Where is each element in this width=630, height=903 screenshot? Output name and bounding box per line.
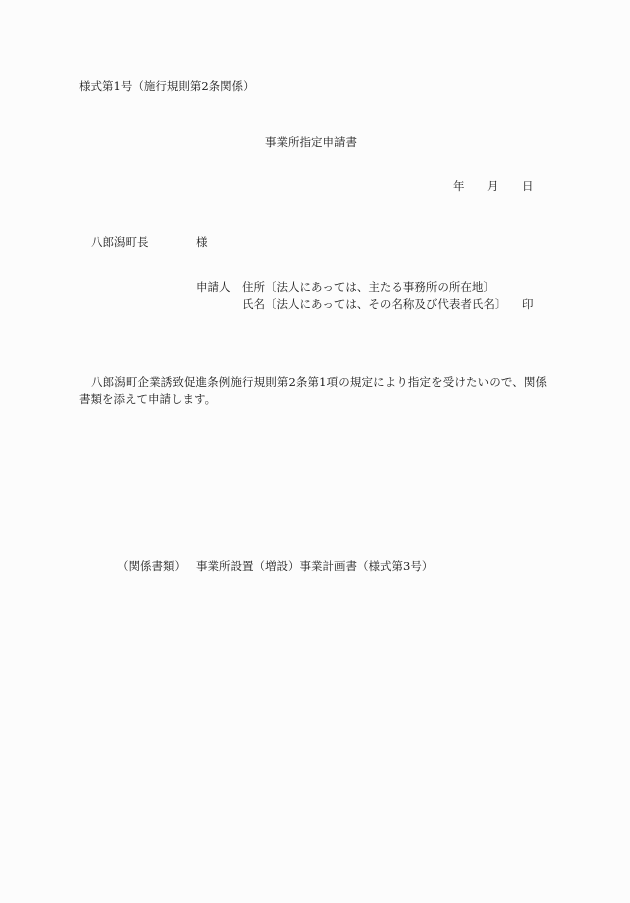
addressee-name: 八郎潟町長 [91, 237, 149, 249]
attachments-documents: 事業所設置（増設）事業計画書（様式第3号） [196, 561, 433, 573]
attachments-label: （関係書類） [117, 561, 186, 573]
document-title: 事業所指定申請書 [265, 137, 357, 149]
addressee-honorific: 様 [196, 237, 208, 249]
date-day-label: 日 [522, 181, 534, 193]
form-number: 様式第1号（施行規則第2条関係） [79, 81, 255, 93]
date-month-label: 月 [487, 181, 499, 193]
applicant-name-line: 氏名〔法人にあっては、その名称及び代表者氏名〕 [242, 299, 506, 311]
date-year-label: 年 [453, 181, 465, 193]
body-paragraph: 八郎潟町企業誘致促進条例施行規則第2条第1項の規定により指定を受けたいので、関係… [79, 374, 547, 408]
seal-mark: 印 [522, 299, 534, 311]
applicant-address-line: 住所〔法人にあっては、主たる事務所の所在地〕 [242, 282, 495, 294]
applicant-label: 申請人 [196, 282, 231, 294]
